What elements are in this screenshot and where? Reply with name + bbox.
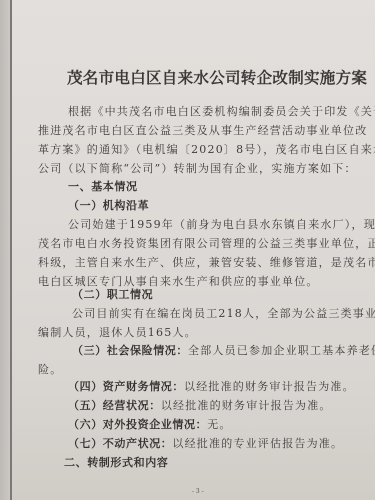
- subsection-7-heading: （七）不动产状况：: [68, 437, 172, 450]
- subsection-6-heading: （六）对外投资企业情况：: [68, 418, 207, 431]
- intro-line-3: 革方案》的通知》（电机编〔2020〕8号），茂名市电白区自来水: [38, 141, 375, 157]
- section-1-heading: 一、基本情况: [68, 178, 138, 194]
- subsection-4-heading: （四）资产财务情况：: [68, 380, 184, 393]
- subsection-4-text: 以经批准的财务审计报告为准。: [184, 380, 355, 393]
- subsection-1-heading: （一）机构沿革: [68, 197, 149, 213]
- subsection-5: （五）经营状况：以经批准的财务审计报告为准。: [68, 397, 332, 413]
- section-2-heading: 二、转制形式和内容: [64, 454, 168, 470]
- subsection-3-text: 全部人员已参加企业职工基本养老保: [188, 344, 375, 357]
- history-line-2: 茂名市电白水务投资集团有限公司管理的公益三类事业单位，正: [38, 235, 375, 251]
- staff-line-2: 编制人员，退休人员165人。: [38, 324, 197, 340]
- subsection-5-text: 以经批准的财务审计报告为准。: [161, 399, 332, 412]
- subsection-2-heading: （二）职工情况: [72, 286, 153, 302]
- subsection-3-cont: 险。: [38, 361, 62, 377]
- subsection-6-text: 无。: [207, 418, 231, 431]
- intro-line-4: 公司（以下简称“公司”）转制为国有企业，实施方案如下：: [38, 160, 357, 176]
- document-title: 茂名市电白区自来水公司转企改制实施方案: [67, 66, 347, 88]
- history-line-1: 公司始建于1959年（前身为电白县水东镇自来水厂），现为: [68, 216, 375, 232]
- subsection-7-text: 以经批准的专业评估报告为准。: [172, 437, 343, 450]
- subsection-4: （四）资产财务情况：以经批准的财务审计报告为准。: [68, 378, 355, 394]
- subsection-3: （三）社会保险情况：全部人员已参加企业职工基本养老保: [72, 342, 375, 358]
- staff-line-1: 公司目前实有在编在岗员工218人，全部为公益三类事业: [72, 305, 375, 321]
- page-number: - 3 -: [192, 488, 204, 495]
- document-page: 茂名市电白区自来水公司转企改制实施方案 根据《中共茂名市电白区委机构编制委员会关…: [12, 0, 375, 500]
- subsection-6: （六）对外投资企业情况：无。: [68, 416, 232, 432]
- intro-line-1: 根据《中共茂名市电白区委机构编制委员会关于印发《关于: [68, 103, 375, 119]
- subsection-3-heading: （三）社会保险情况：: [72, 344, 188, 357]
- subsection-5-heading: （五）经营状况：: [68, 399, 161, 412]
- subsection-7: （七）不动产状况：以经批准的专业评估报告为准。: [68, 435, 343, 451]
- history-line-3: 科级，主管自来水生产、供应，兼管安装、维修管道，是茂名市: [38, 254, 375, 270]
- intro-line-2: 推进茂名市电白区直公益三类及从事生产经营活动事业单位改: [38, 122, 367, 138]
